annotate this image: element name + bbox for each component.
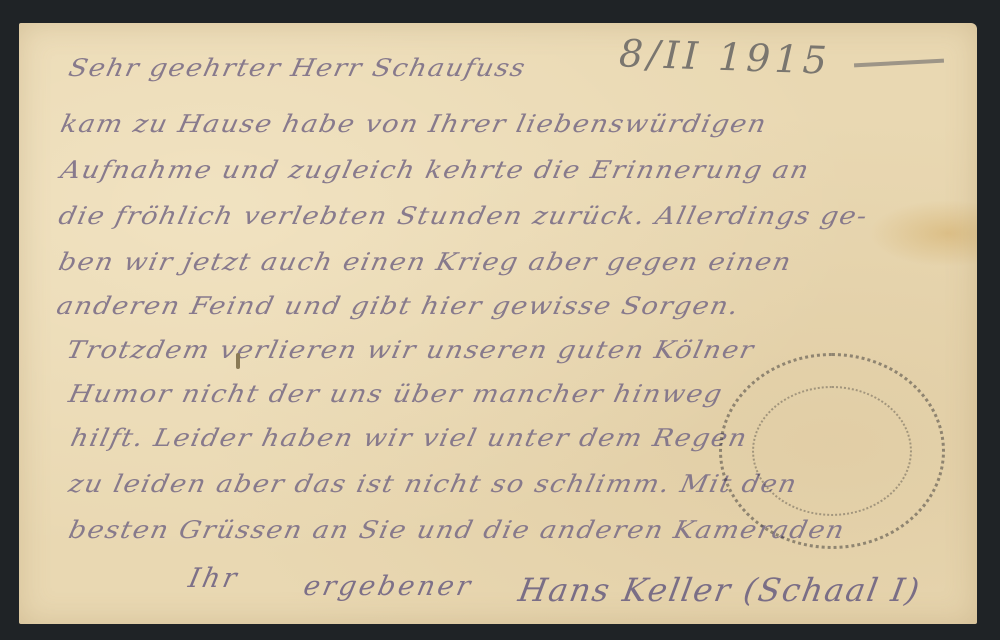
signature: Hans Keller (Schaal I) (516, 571, 924, 609)
body-line-9: zu leiden aber das ist nicht so schlimm.… (66, 471, 800, 499)
body-line-7: Humor nicht der uns über mancher hinweg (66, 381, 726, 409)
body-line-10: besten Grüssen an Sie und die anderen Ka… (66, 517, 848, 545)
body-line-3: die fröhlich verlebten Stunden zurück. A… (56, 203, 871, 231)
pencil-mark (236, 353, 240, 369)
date-underline (854, 59, 944, 68)
body-line-4: ben wir jetzt auch einen Krieg aber gege… (56, 249, 795, 277)
body-line-5: anderen Feind und gibt hier gewisse Sorg… (54, 293, 742, 321)
postcard: Sehr geehrter Herr Schaufuss 8/II 1915 k… (19, 23, 977, 624)
body-line-6: Trotzdem verlieren wir unseren guten Köl… (64, 337, 757, 365)
body-line-8: hilft. Leider haben wir viel unter dem R… (68, 425, 750, 453)
body-line-1: kam zu Hause habe von Ihrer liebenswürdi… (58, 111, 770, 139)
postmark-stamp (719, 353, 945, 549)
closing-word-1: Ihr (186, 563, 243, 594)
body-line-2: Aufnahme und zugleich kehrte die Erinner… (58, 157, 812, 185)
salutation: Sehr geehrter Herr Schaufuss (66, 55, 529, 83)
closing-word-2: ergebener (301, 571, 476, 602)
date-text: 8/II 1915 (618, 31, 831, 82)
